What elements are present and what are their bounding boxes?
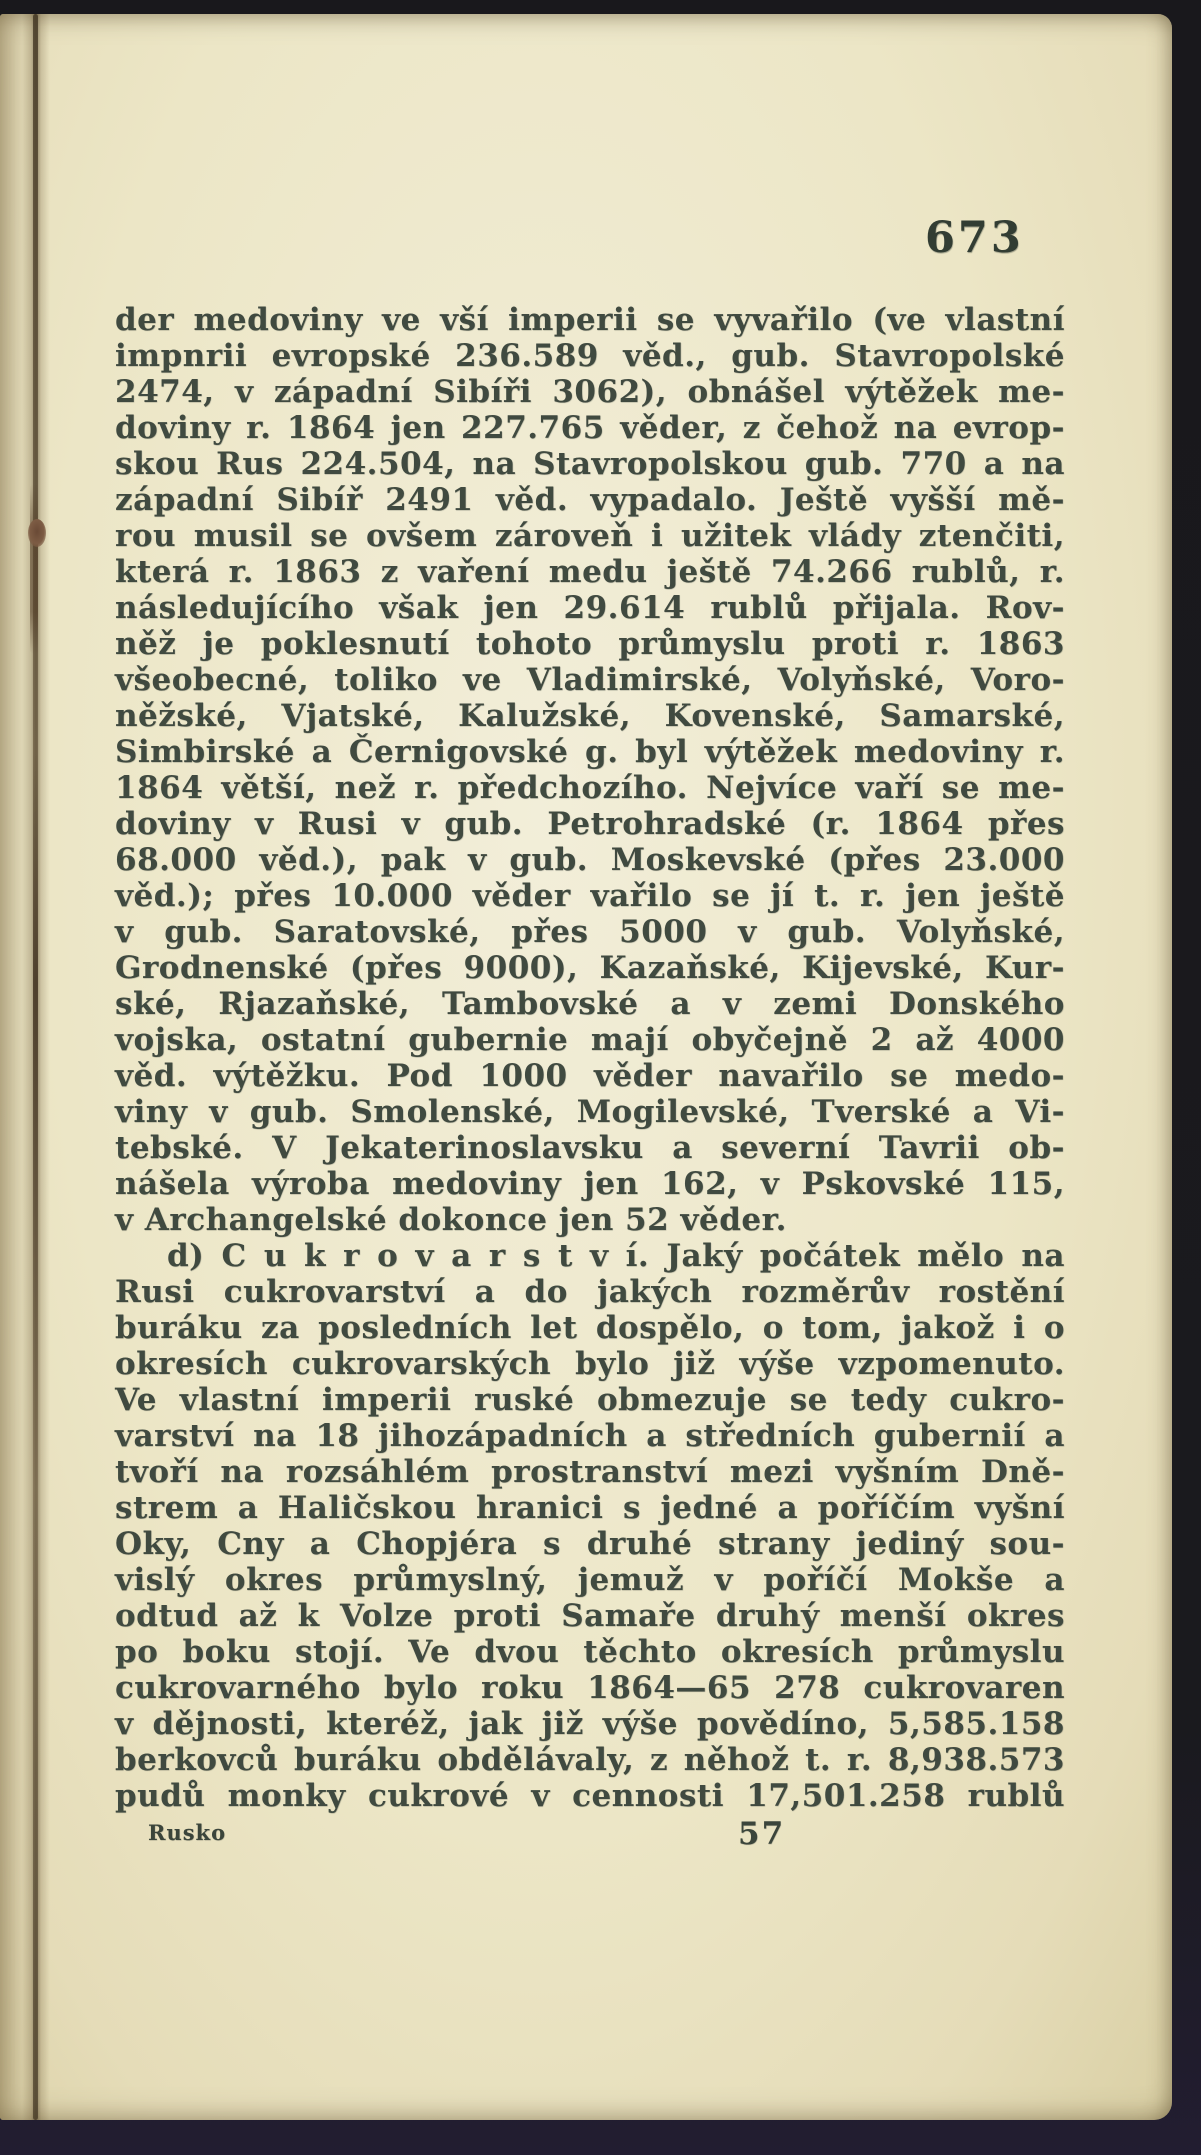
gutter-crease-line [33,14,38,2120]
text-line: Ve vlastní imperii ruské obmezuje se ted… [115,1382,1065,1418]
text-line: okresích cukrovarských bylo již výše vzp… [115,1346,1065,1382]
text-line: odtud až k Volze proti Samaře druhý menš… [115,1598,1065,1634]
scanned-book-photo: 673 der medoviny ve vší imperii se vyvař… [0,0,1201,2155]
text-line: v dějnosti, kteréž, jak již výše povědín… [115,1706,1065,1742]
book-page: 673 der medoviny ve vší imperii se vyvař… [0,14,1172,2120]
text-line: Rusi cukrovarství a do jakých rozměrův r… [115,1274,1065,1310]
text-line: v Archangelské dokonce jen 52 věder. [115,1202,1065,1238]
text-line: varství na 18 jihozápadních a středních … [115,1418,1065,1454]
text-line: pudů monky cukrové v cennosti 17,501.258… [115,1778,1065,1814]
text-line: Simbirské a Černigovské g. byl výtěžek m… [115,734,1065,770]
text-line: 2474, v západní Sibíři 3062), obnášel vý… [115,374,1065,410]
text-line: něžské, Vjatské, Kalužské, Kovenské, Sam… [115,698,1065,734]
text-line: ské, Rjazaňské, Tambovské a v zemi Donsk… [115,986,1065,1022]
paragraph-medovina: der medoviny ve vší imperii se vyvařilo … [115,302,1065,1238]
text-line: viny v gub. Smolenské, Mogilevské, Tvers… [115,1094,1065,1130]
text-line: věd.); přes 10.000 věder vařilo se jí t.… [115,878,1065,914]
text-line: věd. výtěžku. Pod 1000 věder navařilo se… [115,1058,1065,1094]
text-line: skou Rus 224.504, na Stavropolskou gub. … [115,446,1065,482]
text-line: doviny v Rusi v gub. Petrohradské (r. 18… [115,806,1065,842]
text-line: cukrovarného bylo roku 1864—65 278 cukro… [115,1670,1065,1706]
text-line: po boku stojí. Ve dvou těchto okresích p… [115,1634,1065,1670]
page-number: 673 [925,213,1024,263]
text-line: d) C u k r o v a r s t v í. Jaký počátek… [115,1238,1065,1274]
body-text: der medoviny ve vší imperii se vyvařilo … [115,302,1065,1814]
crease-stain [30,484,38,654]
text-line: strem a Haličskou hranici s jedné a poří… [115,1490,1065,1526]
text-line: Grodnenské (přes 9000), Kazaňské, Kijevs… [115,950,1065,986]
signature-number: 57 [738,1816,785,1852]
text-line: západní Sibíř 2491 věd. vypadalo. Ještě … [115,482,1065,518]
text-line: buráku za posledních let dospělo, o tom,… [115,1310,1065,1346]
text-line: der medoviny ve vší imperii se vyvařilo … [115,302,1065,338]
text-line: 1864 větší, než r. předchozího. Nejvíce … [115,770,1065,806]
text-line: rou musil se ovšem zároveň i užitek vlád… [115,518,1065,554]
text-line: Oky, Cny a Chopjéra s druhé strany jedin… [115,1526,1065,1562]
text-line: tebské. V Jekaterinoslavsku a severní Ta… [115,1130,1065,1166]
text-line: nášela výroba medoviny jen 162, v Pskovs… [115,1166,1065,1202]
footer-catchword: Rusko [148,1820,226,1845]
text-line: doviny r. 1864 jen 227.765 věder, z čeho… [115,410,1065,446]
paragraph-cukrovarstvi: d) C u k r o v a r s t v í. Jaký počátek… [115,1238,1065,1814]
text-line: vojska, ostatní gubernie mají obyčejně 2… [115,1022,1065,1058]
text-line: vislý okres průmyslný, jemuž v poříčí Mo… [115,1562,1065,1598]
text-line: která r. 1863 z vaření medu ještě 74.266… [115,554,1065,590]
ink-spot [28,519,46,547]
text-line: 68.000 věd.), pak v gub. Moskevské (přes… [115,842,1065,878]
text-line: něž je poklesnutí tohoto průmyslu proti … [115,626,1065,662]
text-line: následujícího však jen 29.614 rublů přij… [115,590,1065,626]
text-line: berkovců buráku obdělávaly, z něhož t. r… [115,1742,1065,1778]
text-line: všeobecné, toliko ve Vladimirské, Volyňs… [115,662,1065,698]
text-line: v gub. Saratovské, přes 5000 v gub. Voly… [115,914,1065,950]
text-line: impnrii evropské 236.589 věd., gub. Stav… [115,338,1065,374]
text-line: tvoří na rozsáhlém prostranství mezi vyš… [115,1454,1065,1490]
